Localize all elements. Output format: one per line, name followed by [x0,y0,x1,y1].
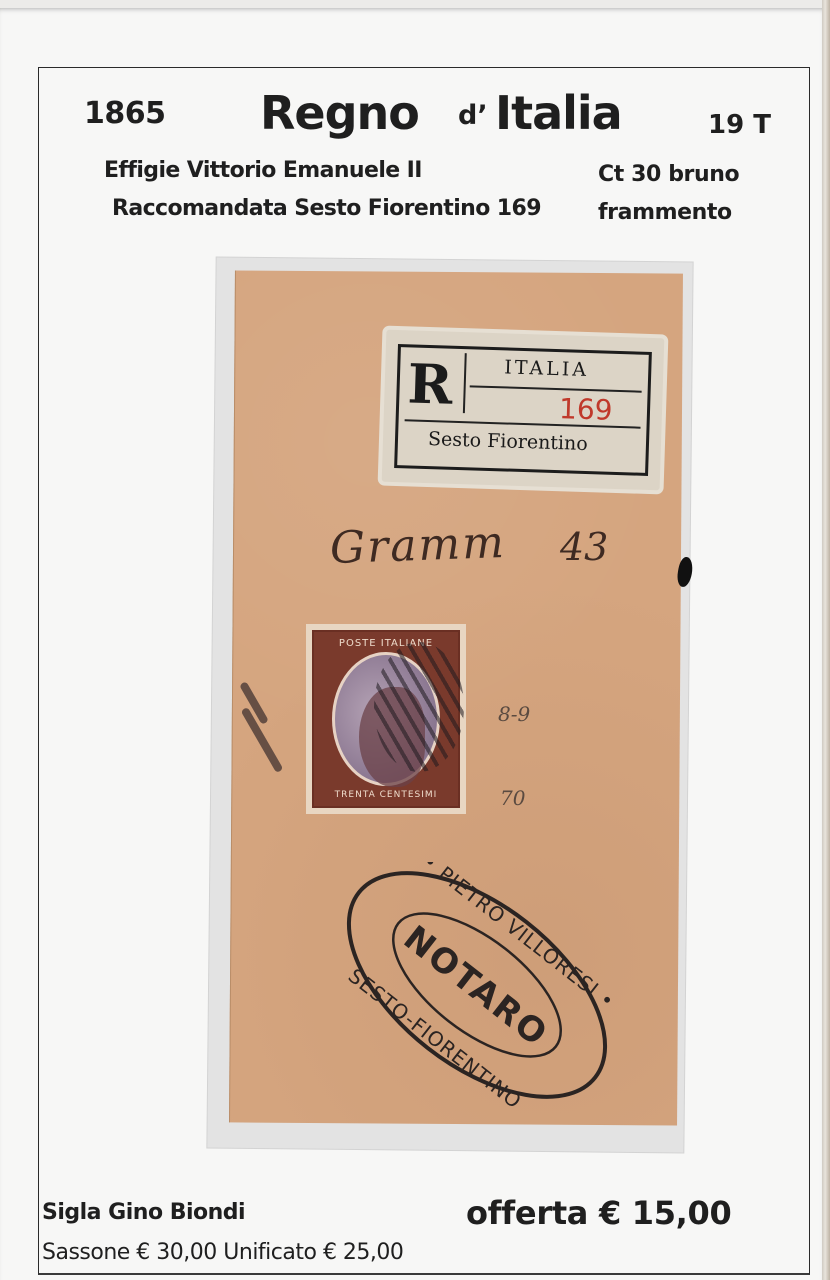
notary-cachet-oval: NOTARO • PIETRO VILLORESI • SESTO-FIOREN… [342,862,612,1108]
issue-year: 1865 [84,96,166,131]
handwritten-weight: Gramm [329,517,507,574]
postage-stamp: POSTE ITALIANE TRENTA CENTESIMI [306,624,466,814]
subtitle-effigy: Effigie Vittorio Emanuele II [104,158,422,183]
pencil-note: 8-9 [498,702,530,726]
registration-town: Sesto Fiorentino [428,428,588,455]
stamp-bottom-inscription: TRENTA CENTESIMI [314,790,458,800]
cancellation-bars [374,642,464,772]
handwritten-number: 43 [560,525,608,569]
title-regno: Regno [260,86,419,140]
offer-price: offerta € 15,00 [466,1194,731,1232]
catalog-code: 19 T [708,110,771,140]
title-apostrophe: d’ [458,100,488,131]
registration-country: ITALIA [504,356,589,381]
catalog-values: Sassone € 30,00 Unificato € 25,00 [42,1240,403,1265]
notary-cachet: NOTARO • PIETRO VILLORESI • SESTO-FIOREN… [342,862,612,1108]
subtitle-fragment: frammento [598,200,732,225]
page-edge [822,0,830,1280]
registration-label: R ITALIA 169 Sesto Fiorentino [382,330,665,491]
registration-letter: R [407,351,454,416]
title-italia: Italia [495,86,622,140]
subtitle-value-color: Ct 30 bruno [598,162,739,187]
registration-number: 169 [559,392,613,427]
pencil-note: 70 [500,786,525,810]
subtitle-registered: Raccomandata Sesto Fiorentino 169 [112,196,541,221]
signature-note: Sigla Gino Biondi [42,1200,245,1225]
